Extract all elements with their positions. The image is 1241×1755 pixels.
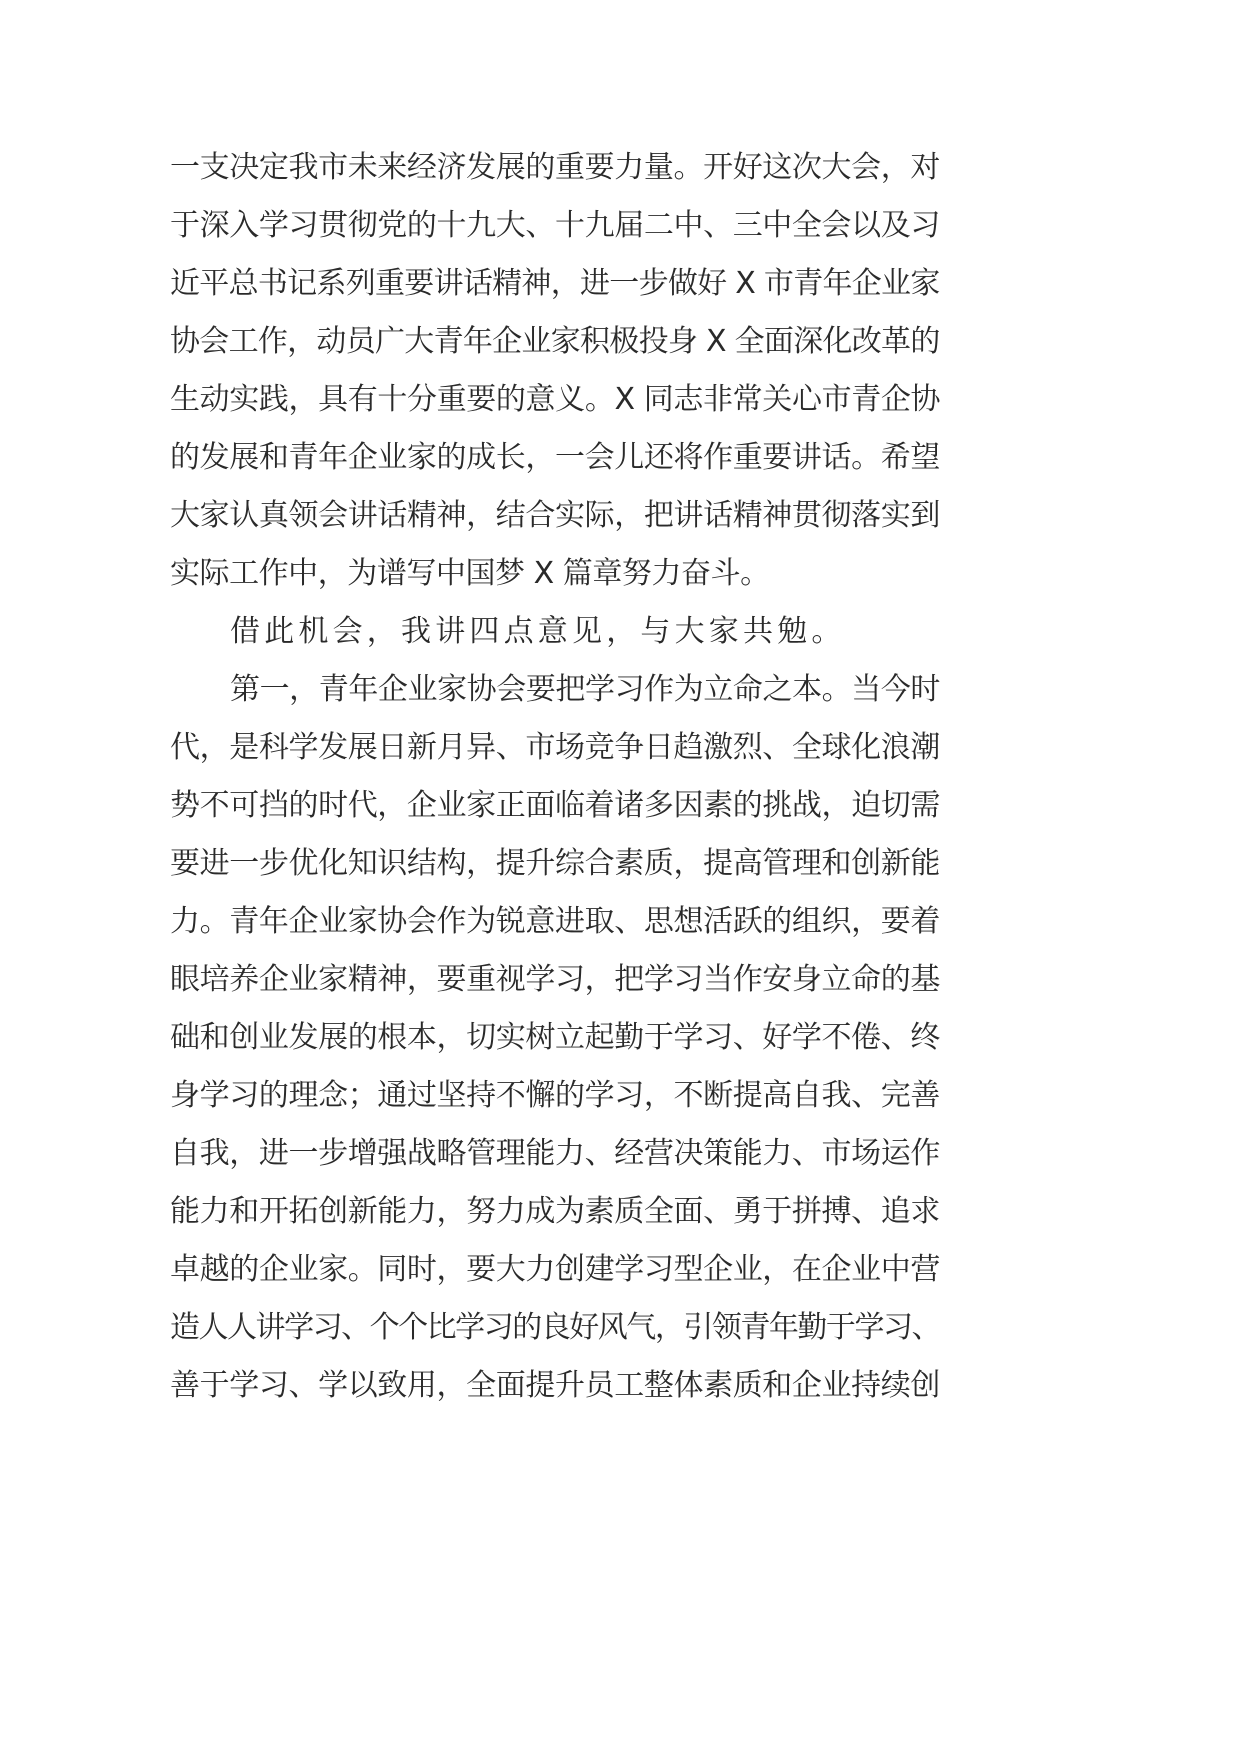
text-line: 力。青年企业家协会作为锐意进取、思想活跃的组织，要着: [170, 893, 950, 951]
text-line: 近平总书记系列重要讲话精神，进一步做好 X 市青年企业家: [170, 255, 950, 313]
text-line: 础和创业发展的根本，切实树立起勤于学习、好学不倦、终: [170, 1009, 950, 1067]
paragraph-start-line: 借此机会，我讲四点意见，与大家共勉。: [170, 603, 950, 661]
text-line: 眼培养企业家精神，要重视学习，把学习当作安身立命的基: [170, 951, 950, 1009]
text-line: 大家认真领会讲话精神，结合实际，把讲话精神贯彻落实到: [170, 487, 950, 545]
text-line: 的发展和青年企业家的成长，一会儿还将作重要讲话。希望: [170, 429, 950, 487]
text-line: 善于学习、学以致用，全面提升员工整体素质和企业持续创: [170, 1357, 950, 1415]
text-line: 协会工作，动员广大青年企业家积极投身 X 全面深化改革的: [170, 313, 950, 371]
document-page: 一支决定我市未来经济发展的重要力量。开好这次大会，对 于深入学习贯彻党的十九大、…: [0, 0, 1241, 1755]
text-line: 一支决定我市未来经济发展的重要力量。开好这次大会，对: [170, 139, 950, 197]
paragraph-start-line: 第一，青年企业家协会要把学习作为立命之本。当今时: [170, 661, 950, 719]
text-line: 势不可挡的时代，企业家正面临着诸多因素的挑战，迫切需: [170, 777, 950, 835]
text-line: 造人人讲学习、个个比学习的良好风气，引领青年勤于学习、: [170, 1299, 950, 1357]
text-line: 自我，进一步增强战略管理能力、经营决策能力、市场运作: [170, 1125, 950, 1183]
text-line: 卓越的企业家。同时，要大力创建学习型企业，在企业中营: [170, 1241, 950, 1299]
text-line: 代，是科学发展日新月异、市场竞争日趋激烈、全球化浪潮: [170, 719, 950, 777]
text-line: 生动实践，具有十分重要的意义。X 同志非常关心市青企协: [170, 371, 950, 429]
text-line: 实际工作中，为谱写中国梦 X 篇章努力奋斗。: [170, 545, 950, 603]
text-line: 于深入学习贯彻党的十九大、十九届二中、三中全会以及习: [170, 197, 950, 255]
text-line: 要进一步优化知识结构，提升综合素质，提高管理和创新能: [170, 835, 950, 893]
text-line: 能力和开拓创新能力，努力成为素质全面、勇于拼搏、追求: [170, 1183, 950, 1241]
text-line: 身学习的理念；通过坚持不懈的学习，不断提高自我、完善: [170, 1067, 950, 1125]
body-text: 一支决定我市未来经济发展的重要力量。开好这次大会，对 于深入学习贯彻党的十九大、…: [170, 139, 950, 1415]
